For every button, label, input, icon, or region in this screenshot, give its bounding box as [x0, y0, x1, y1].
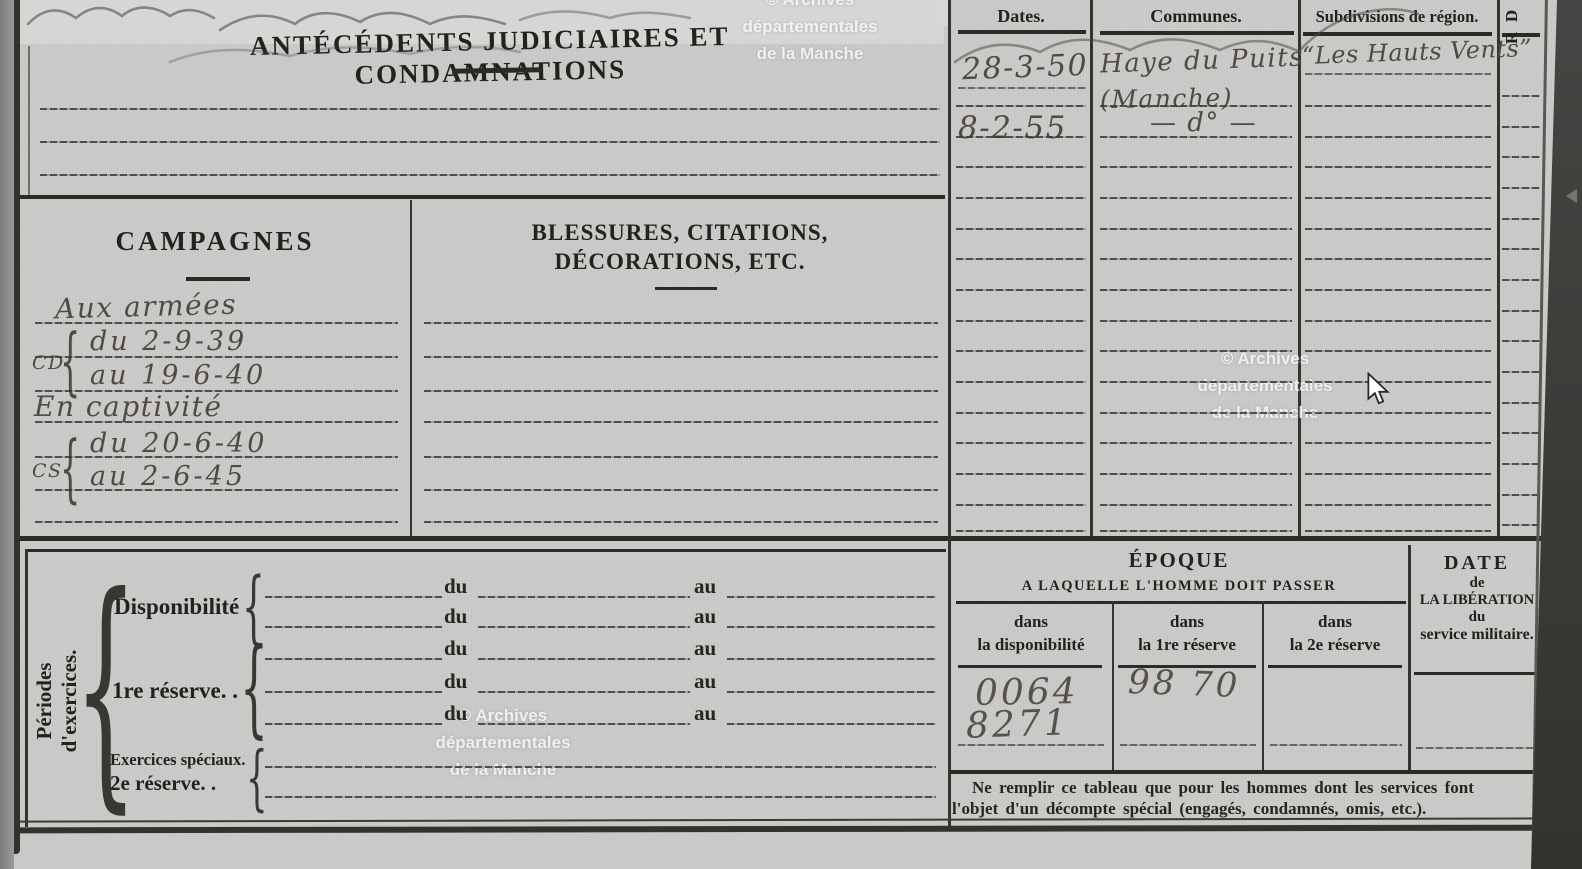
periodes-label-special2: 2e réserve. .: [110, 771, 216, 796]
ruled-line: [1305, 473, 1491, 475]
ruled-line: [1502, 432, 1540, 434]
ruled-line: [956, 197, 1086, 199]
ruled-line: [1502, 95, 1540, 97]
ruled-line: [1100, 105, 1292, 107]
blessures-title-line2: DÉCORATIONS, ETC.: [430, 247, 930, 276]
ruled-line: [1502, 310, 1540, 312]
ruled-line: [1100, 530, 1292, 532]
reserve1-brace: {: [240, 637, 268, 743]
row2-commune-ditto: — d° —: [1150, 108, 1257, 138]
ruled-line: [1305, 320, 1491, 322]
ruled-line: [958, 744, 1104, 746]
ruled-line: [1502, 126, 1540, 128]
epoque-header-rule: [956, 601, 1406, 604]
ruled-line: [424, 390, 938, 392]
campagnes-cs-prefix: CS: [32, 460, 63, 482]
ruled-line: [35, 489, 398, 491]
epoque-col1-header-line1: dans: [952, 610, 1110, 633]
blessures-title-line1: BLESSURES, CITATIONS,: [430, 218, 930, 247]
date-header-line3: LA LIBÉRATION: [1412, 592, 1542, 609]
ruled-line: [956, 320, 1086, 322]
campagnes-entry-aux-armees: Aux armées: [55, 288, 238, 326]
ruled-line: [478, 596, 690, 598]
ruled-line: [958, 87, 1086, 89]
right-table-left-border: [948, 0, 951, 830]
ruled-line: [1100, 350, 1292, 352]
ruled-line: [424, 456, 938, 458]
epoque-value-disponibilite-2: 8271: [965, 702, 1070, 747]
ruled-line: [1305, 530, 1491, 532]
epoque-note: Ne remplir ce tableau que pour les homme…: [952, 778, 1550, 819]
ruled-line: [424, 489, 938, 491]
campagnes-title: CAMPAGNES: [100, 226, 330, 257]
du-label: du: [444, 669, 467, 694]
ruled-line: [265, 691, 442, 693]
ruled-line: [1305, 136, 1491, 138]
ruled-line: [265, 766, 936, 768]
ruled-line: [1502, 248, 1540, 250]
du-label: du: [444, 604, 467, 629]
watermark-top-line2: départementales: [710, 13, 910, 40]
epoque-col2-header: dans la 1re réserve: [1114, 610, 1260, 656]
ruled-line: [1100, 136, 1292, 138]
periodes-label-special1: Exercices spéciaux.: [110, 750, 245, 770]
epoque-note-line1: Ne remplir ce tableau que pour les homme…: [952, 778, 1550, 799]
ruled-line: [1305, 105, 1491, 107]
ruled-line: [40, 174, 940, 176]
ruled-line: [35, 521, 398, 523]
ruled-line: [1502, 279, 1540, 281]
ruled-line: [35, 322, 398, 324]
periodes-side-label-line1: Périodes: [32, 621, 57, 781]
ruled-line: [956, 228, 1086, 230]
campagnes-cs-au: au 2-6-45: [90, 461, 246, 492]
campagnes-cd-du: du 2-9-39: [90, 326, 247, 357]
page-left-border: [14, 0, 20, 854]
ruled-line: [40, 141, 940, 143]
campagnes-title-rule: [186, 277, 250, 281]
campagnes-cd-au: au 19-6-40: [90, 360, 266, 391]
ruled-line: [956, 136, 1086, 138]
ruled-line: [1100, 197, 1292, 199]
epoque-col1-rule: [958, 665, 1102, 668]
ruled-line: [265, 626, 442, 628]
epoque-value-reserve1: 98 70: [1127, 662, 1241, 706]
periodes-box-left: [25, 549, 28, 827]
ruled-line: [727, 626, 936, 628]
ruled-line: [956, 105, 1086, 107]
blessures-title: BLESSURES, CITATIONS, DÉCORATIONS, ETC.: [430, 218, 930, 276]
ruled-line: [1305, 197, 1491, 199]
ruled-line: [1502, 402, 1540, 404]
ruled-line: [956, 473, 1086, 475]
date-header-line5: service militaire.: [1412, 626, 1542, 644]
ruled-line: [1305, 442, 1491, 444]
mid-section-rule: [20, 536, 1546, 541]
periodes-label-reserve1: 1re réserve. .: [112, 678, 238, 704]
ruled-line: [265, 796, 936, 798]
ruled-line: [1100, 442, 1292, 444]
date-header-line4: du: [1412, 609, 1542, 626]
watermark-middle-line2: départementales: [1182, 372, 1348, 399]
ruled-line: [265, 658, 442, 660]
ruled-line: [424, 322, 938, 324]
ruled-line: [424, 356, 938, 358]
ruled-line: [265, 723, 442, 725]
row2-date-value: 8-2-55: [958, 110, 1067, 146]
ruled-line: [956, 530, 1086, 532]
ruled-line: [1305, 73, 1491, 75]
ruled-line: [1100, 228, 1292, 230]
campagnes-blessures-divider: [410, 200, 412, 537]
scan-left-margin: [0, 0, 14, 869]
watermark-top: © Archives départementales de la Manche: [710, 0, 910, 67]
au-label: au: [694, 574, 716, 599]
epoque-col1-header: dans la disponibilité: [952, 610, 1110, 656]
ruled-line: [727, 723, 936, 725]
ruled-line: [956, 412, 1086, 414]
epoque-bottom-rule: [950, 770, 1543, 774]
periodes-label-disponibilite: Disponibilité: [114, 594, 239, 620]
ruled-line: [727, 596, 936, 598]
du-label: du: [444, 701, 467, 726]
ruled-line: [35, 456, 398, 458]
ruled-line: [1270, 744, 1402, 746]
ruled-line: [1120, 744, 1256, 746]
ruled-line: [1305, 258, 1491, 260]
ruled-line: [1305, 412, 1491, 414]
epoque-col3-header-line2: la 2e réserve: [1264, 633, 1406, 656]
epoque-col3-header: dans la 2e réserve: [1264, 610, 1406, 656]
ruled-line: [1502, 187, 1540, 189]
ruled-line: [40, 108, 940, 110]
edge-arrow-marker: [1566, 189, 1577, 203]
au-label: au: [694, 636, 716, 661]
ruled-line: [956, 166, 1086, 168]
ruled-line: [424, 421, 938, 423]
ruled-line: [1305, 381, 1491, 383]
au-label: au: [694, 604, 716, 629]
blessures-title-rule: [655, 287, 717, 290]
du-label: du: [444, 636, 467, 661]
watermark-bottom-line3: de la Manche: [420, 756, 586, 783]
ruled-line: [424, 521, 938, 523]
ruled-line: [1100, 473, 1292, 475]
epoque-date-header: DATE de LA LIBÉRATION du service militai…: [1412, 552, 1542, 644]
ruled-line: [265, 596, 442, 598]
epoque-note-line2: l'objet d'un décompte spécial (engagés, …: [952, 799, 1550, 820]
ruled-line: [1100, 320, 1292, 322]
epoque-date-rule: [1414, 672, 1538, 675]
watermark-top-line1: © Archives: [710, 0, 910, 13]
periodes-box-top: [25, 549, 946, 552]
epoque-col2-header-line2: la 1re réserve: [1114, 633, 1260, 656]
watermark-top-line3: de la Manche: [710, 40, 910, 67]
epoque-date-divider: [1408, 545, 1411, 772]
epoque-col1-header-line2: la disponibilité: [952, 633, 1110, 656]
mouse-cursor: [1366, 372, 1394, 406]
ruled-line: [35, 356, 398, 358]
ruled-line: [1502, 156, 1540, 158]
ruled-line: [1305, 350, 1491, 352]
au-label: au: [694, 701, 716, 726]
ruled-line: [1100, 258, 1292, 260]
ruled-line: [1502, 524, 1540, 526]
military-register-scan: ANTÉCÉDENTS JUDICIAIRES ET CONDAMNATIONS…: [0, 0, 1582, 869]
date-header-line1: DATE: [1412, 552, 1542, 575]
ruled-line: [1305, 166, 1491, 168]
ruled-line: [1100, 289, 1292, 291]
ruled-line: [1502, 494, 1540, 496]
ruled-line: [478, 691, 690, 693]
ruled-line: [956, 350, 1086, 352]
date-header-line2: de: [1412, 575, 1542, 592]
au-label: au: [694, 669, 716, 694]
ruled-line: [1502, 218, 1540, 220]
ruled-line: [1100, 166, 1292, 168]
antecedents-bottom-rule: [20, 195, 945, 199]
ruled-line: [956, 258, 1086, 260]
ruled-line: [478, 626, 690, 628]
ruled-line: [1416, 747, 1538, 749]
ruled-line: [956, 381, 1086, 383]
epoque-col3-rule: [1268, 665, 1402, 668]
ruled-line: [956, 442, 1086, 444]
ruled-line: [1502, 340, 1540, 342]
special-brace: {: [246, 743, 268, 814]
ruled-line: [1100, 504, 1292, 506]
epoque-col2-header-line1: dans: [1114, 610, 1260, 633]
ruled-line: [1100, 412, 1292, 414]
ruled-line: [1100, 381, 1292, 383]
campagnes-entry-captivite: En captivité: [34, 390, 222, 423]
ruled-line: [1502, 463, 1540, 465]
ruled-line: [1502, 371, 1540, 373]
watermark-bottom-line2: départementales: [420, 729, 586, 756]
ruled-line: [1305, 289, 1491, 291]
ruled-line: [956, 504, 1086, 506]
ruled-line: [727, 691, 936, 693]
ruled-line: [1305, 504, 1491, 506]
epoque-title: ÉPOQUE: [950, 548, 1408, 573]
ruled-line: [1305, 228, 1491, 230]
campagnes-cs-du: du 20-6-40: [90, 428, 267, 459]
ruled-line: [35, 390, 398, 392]
ruled-line: [478, 658, 690, 660]
ruled-line: [727, 658, 936, 660]
ruled-line: [478, 723, 690, 725]
epoque-subtitle: A LAQUELLE L'HOMME DOIT PASSER: [950, 578, 1408, 595]
campagnes-cd-brace: {: [60, 324, 80, 398]
campagnes-cs-brace: {: [60, 431, 80, 505]
ruled-line: [956, 289, 1086, 291]
du-label: du: [444, 574, 467, 599]
epoque-col3-header-line1: dans: [1264, 610, 1406, 633]
ruled-line: [35, 421, 398, 423]
